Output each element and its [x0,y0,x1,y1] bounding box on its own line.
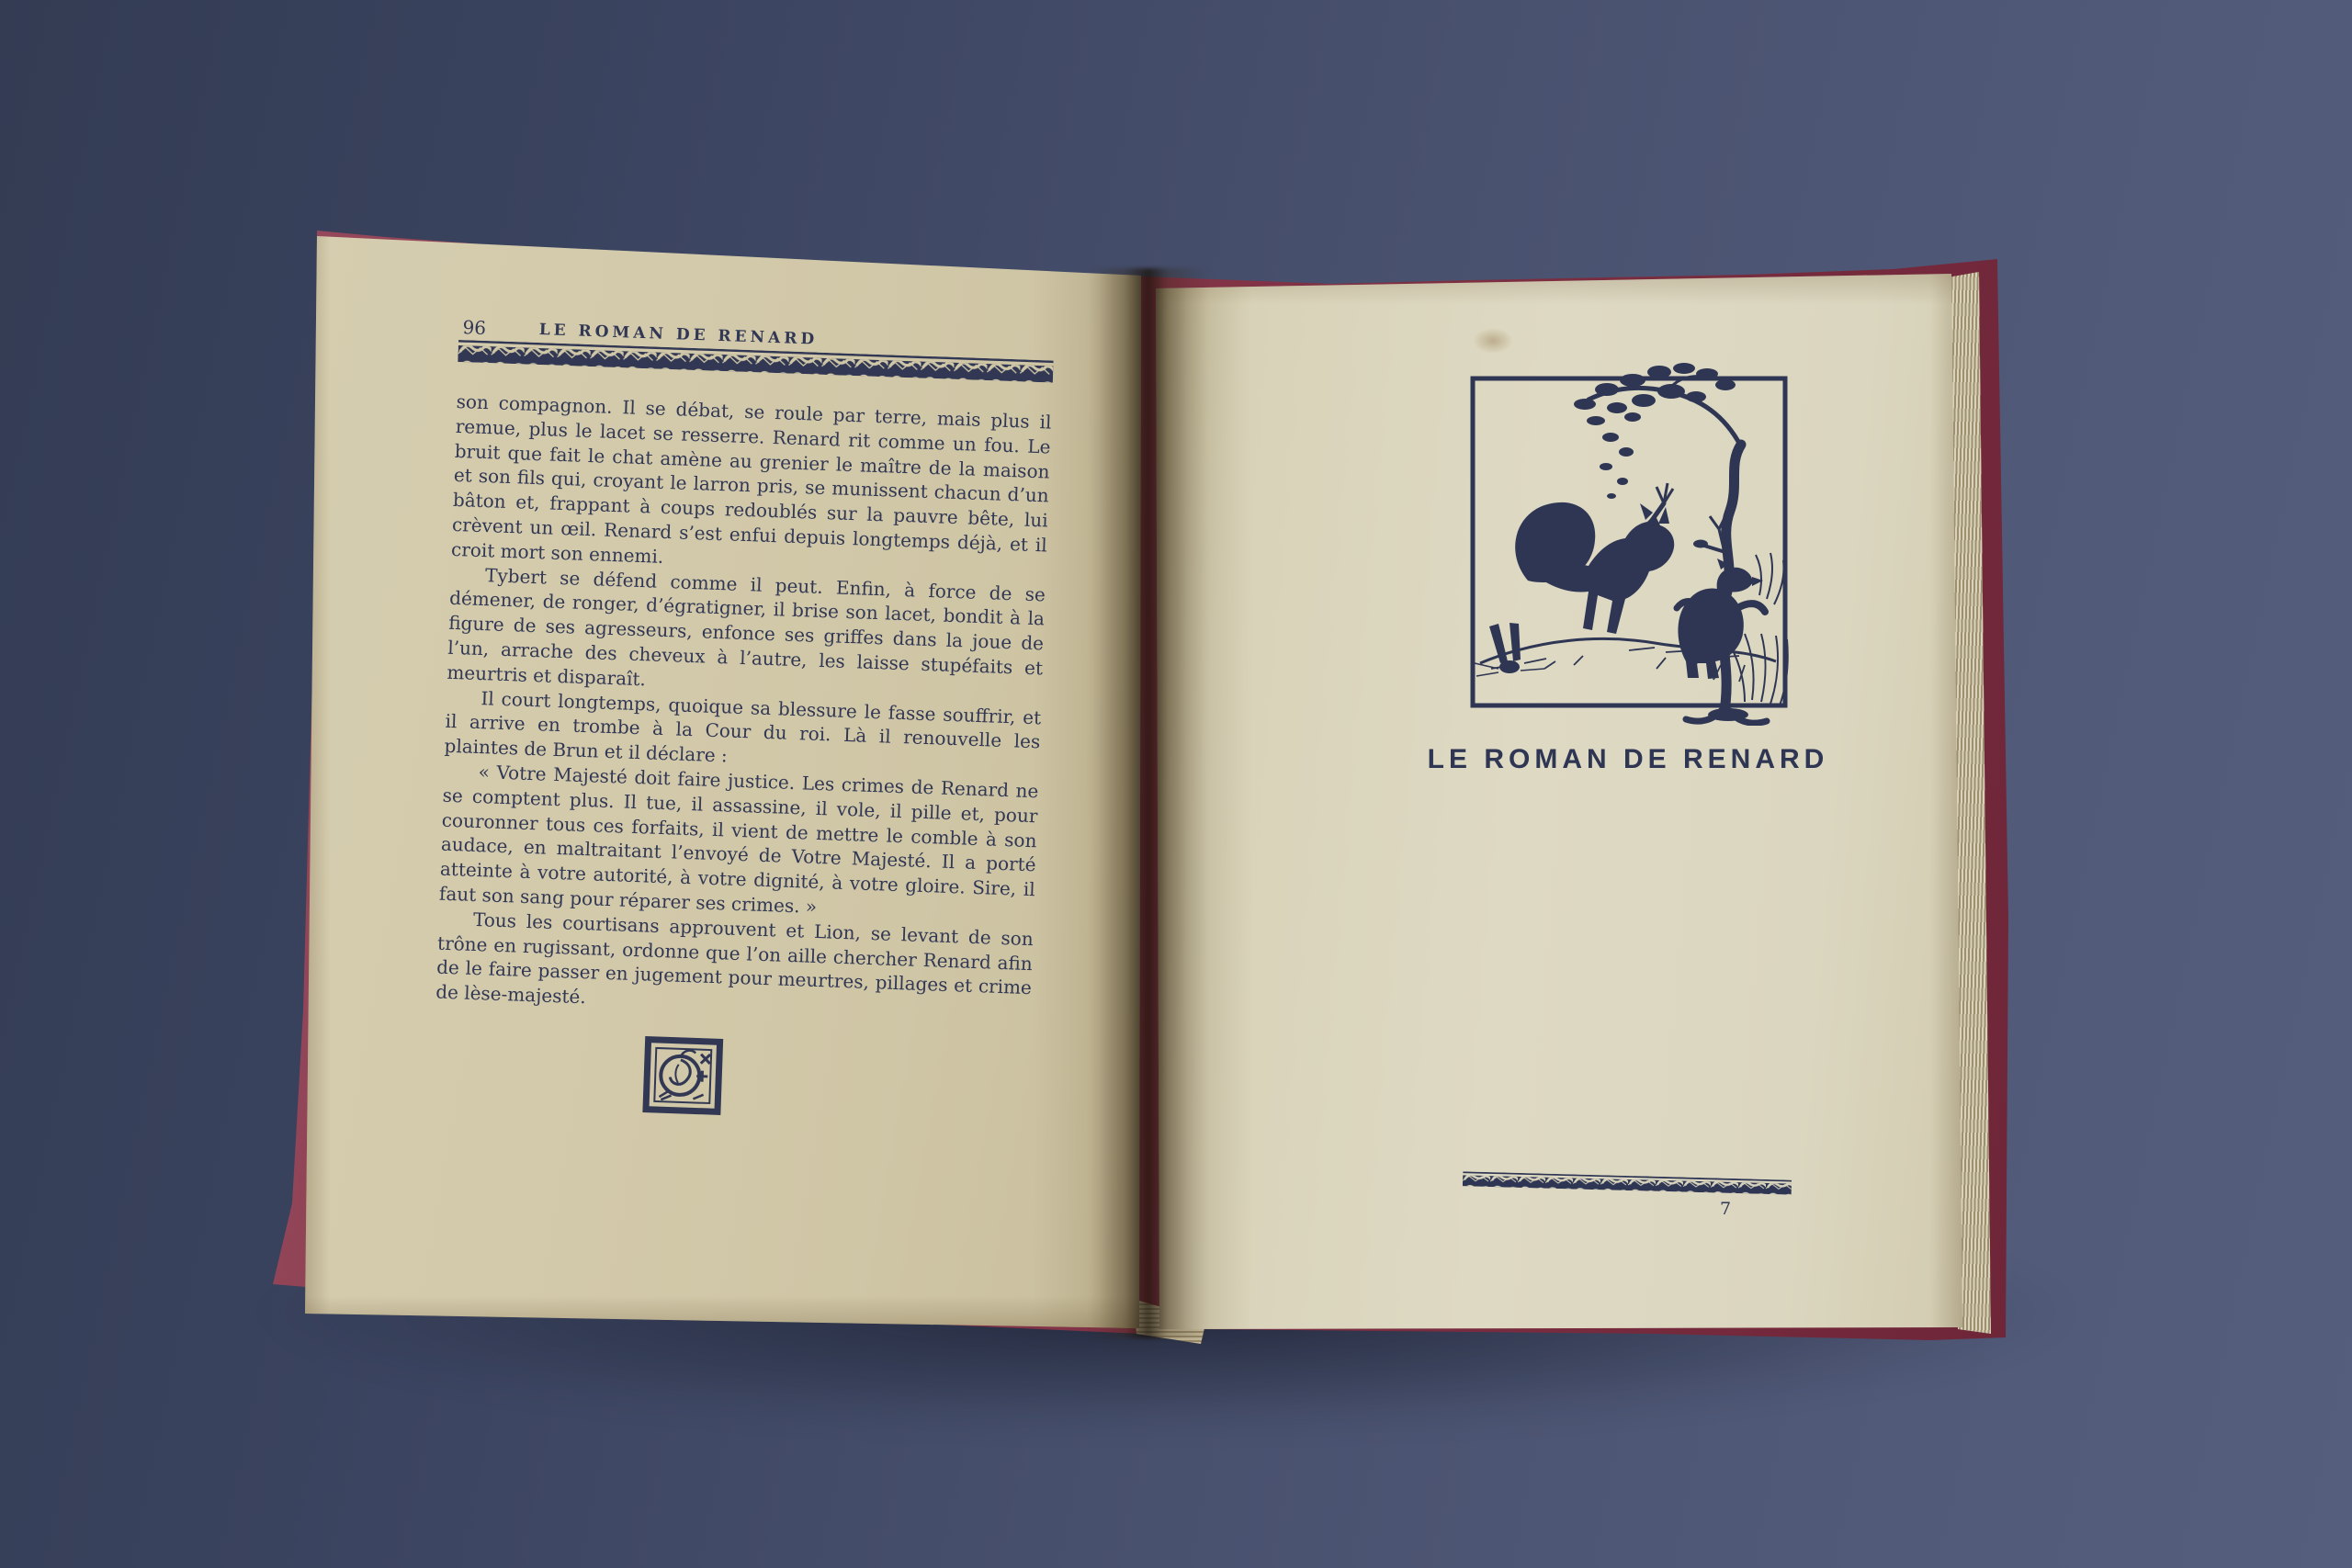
paper-stain [1473,328,1513,354]
paragraph: son compagnon. Il se débat, se roule par… [451,389,1052,582]
right-page-content: LE ROMAN DE RENARD 7 [1156,289,1951,1327]
illustration-plate [1436,358,1804,726]
paragraph: Tous les courtisans approuvent et Lion, … [435,906,1034,1025]
paragraph: Tybert se défend comme il peut. Enfin, à… [447,561,1046,705]
paragraph: « Votre Majesté doit faire justice. Les … [439,759,1039,927]
left-page-content: 96 LE ROMAN DE RENARD son compagnon. Il … [432,316,1055,1128]
fox-silhouette [1515,483,1674,634]
footer-band [1463,1171,1792,1194]
photo-scene: 96 LE ROMAN DE RENARD son compagnon. Il … [0,0,2352,1568]
fox-and-badger-silhouette-illustration [1436,358,1804,726]
plate-title: LE ROMAN DE RENARD [1306,744,1950,775]
rabbit-silhouette [1475,623,1544,676]
right-page-number: 7 [1698,1199,1753,1219]
body-text: son compagnon. Il se débat, se roule par… [435,389,1052,1025]
wave-band-icon [1463,1171,1792,1194]
floral-square-ornament-icon [642,1035,724,1117]
